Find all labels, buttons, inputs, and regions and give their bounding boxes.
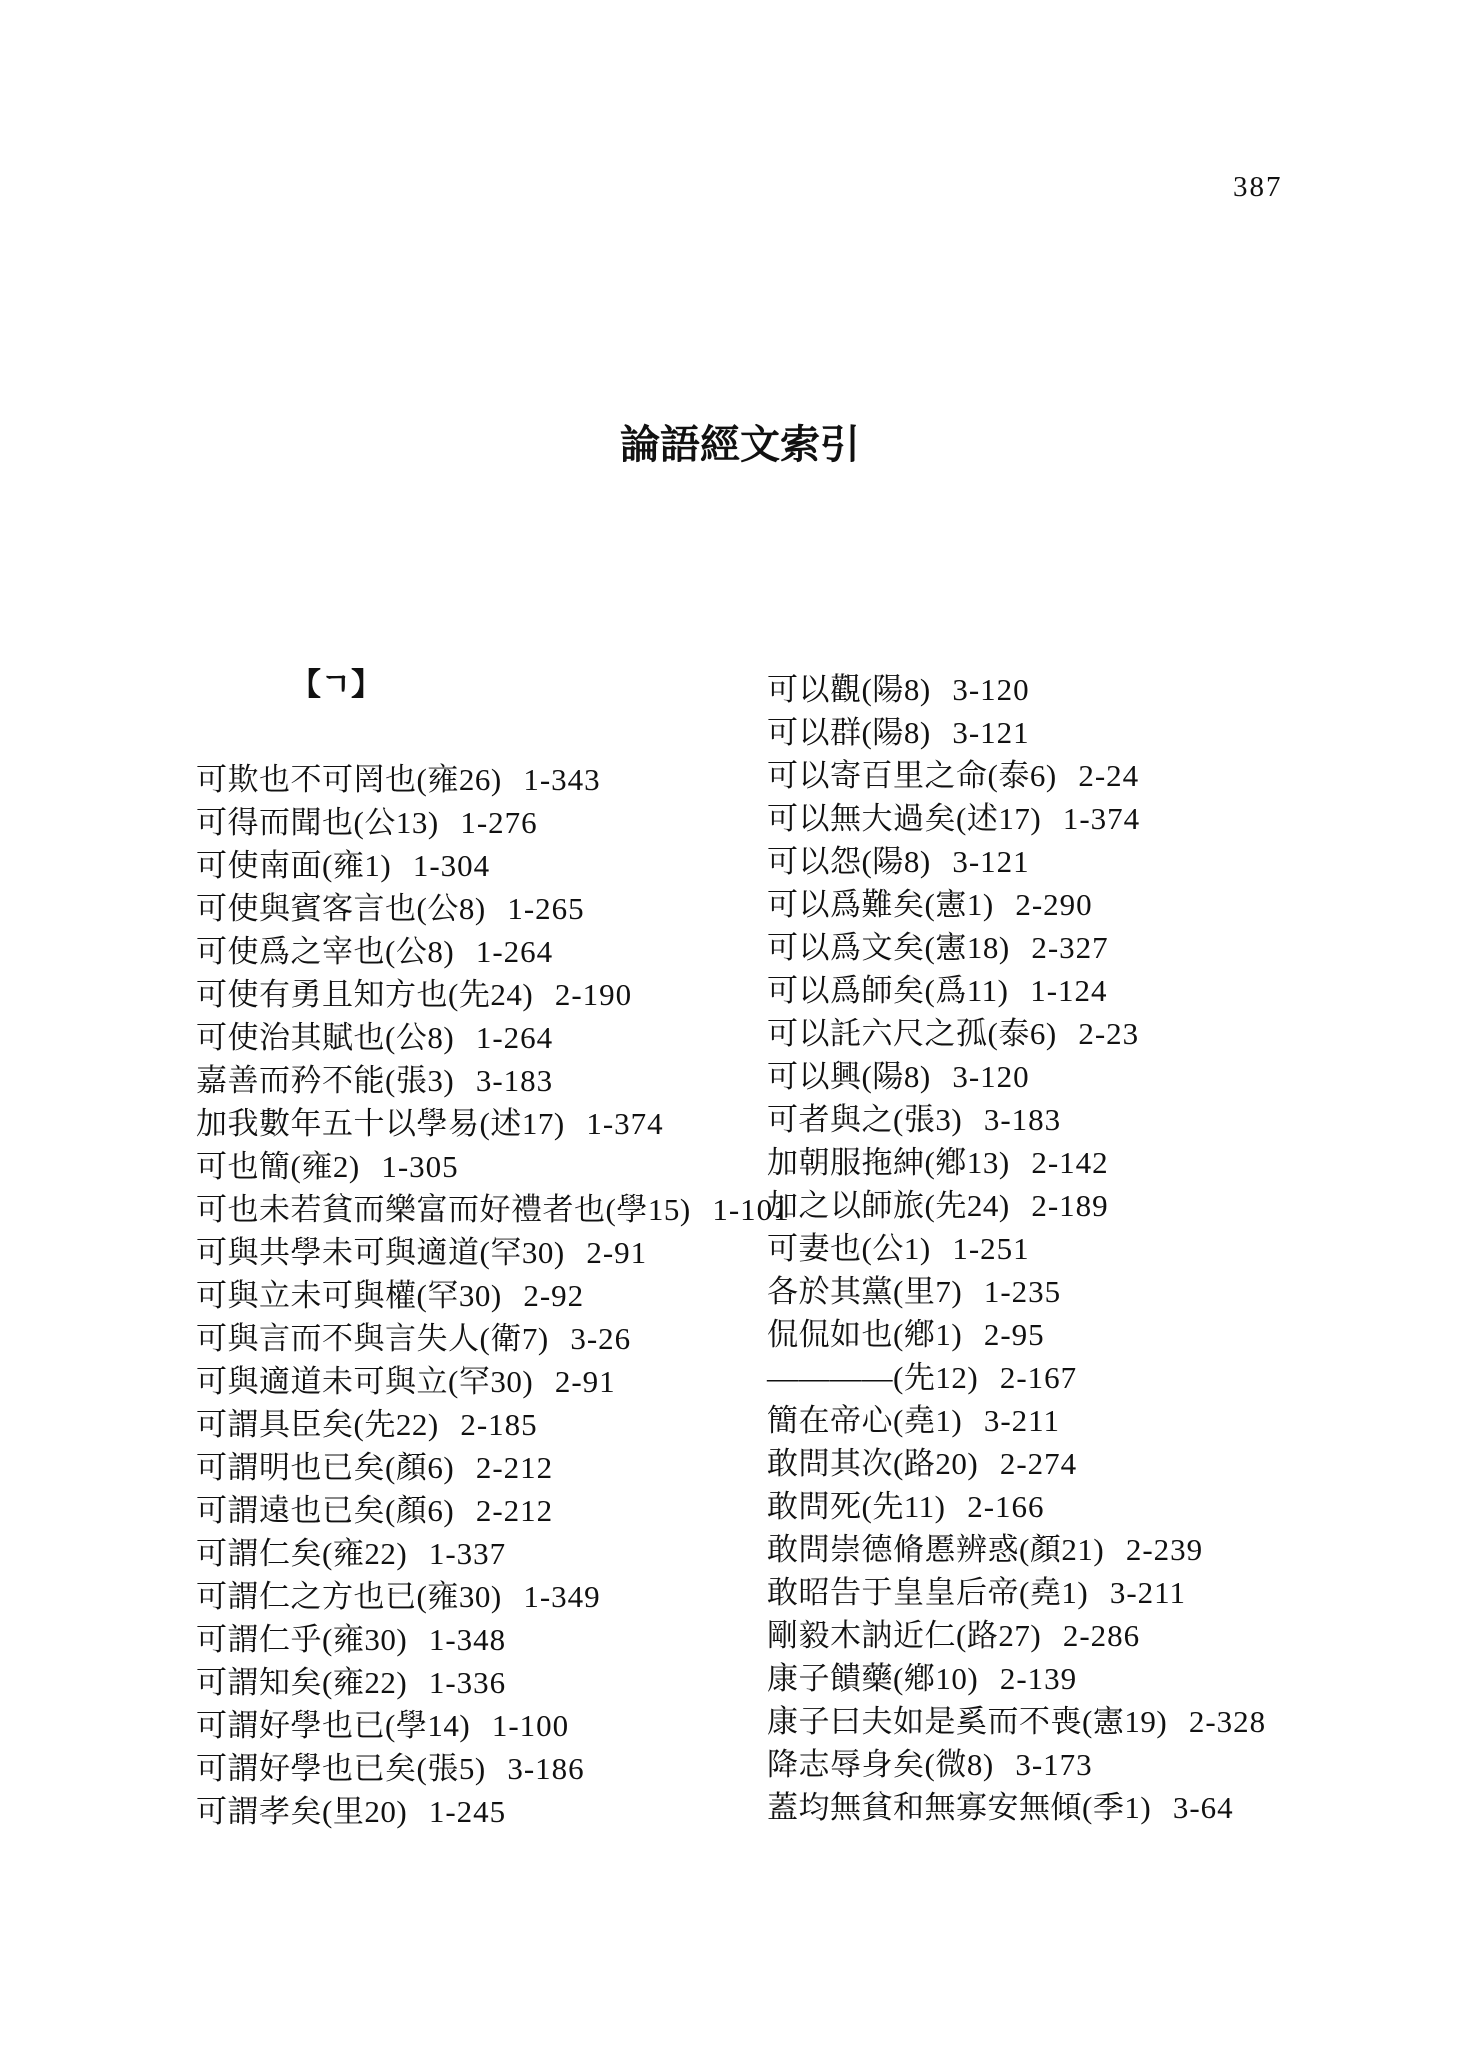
index-entry-text: 加我數年五十以學易(述17) bbox=[196, 1106, 565, 1141]
index-entry-text: 可以爲師矣(爲11) bbox=[767, 973, 1009, 1008]
index-entry-row: 嘉善而矜不能(張3)3-183 bbox=[196, 1059, 790, 1102]
index-entry-page-ref: 2-274 bbox=[1000, 1446, 1077, 1481]
index-entry-page-ref: 3-121 bbox=[952, 844, 1029, 879]
index-entry-text: 可以興(陽8) bbox=[767, 1059, 931, 1094]
index-entry-row: 可以興(陽8)3-120 bbox=[767, 1055, 1266, 1098]
index-entry-text: 敢問其次(路20) bbox=[767, 1446, 978, 1481]
index-entry-text: 可以爲文矣(憲18) bbox=[767, 930, 1010, 965]
index-entry-row: 敢問其次(路20)2-274 bbox=[767, 1442, 1266, 1485]
index-entry-page-ref: 1-305 bbox=[381, 1149, 458, 1184]
index-entry-text: 可欺也不可罔也(雍26) bbox=[196, 762, 502, 797]
index-column-left: 可欺也不可罔也(雍26)1-343 可得而聞也(公13)1-276 可使南面(雍… bbox=[196, 758, 790, 1833]
index-entry-text: 可以爲難矣(憲1) bbox=[767, 887, 994, 922]
index-entry-row: 康子饋藥(鄕10)2-139 bbox=[767, 1657, 1266, 1700]
index-entry-page-ref: 2-189 bbox=[1031, 1188, 1108, 1223]
index-entry-row: 加朝服拖紳(鄕13)2-142 bbox=[767, 1141, 1266, 1184]
index-entry-page-ref: 2-327 bbox=[1031, 930, 1108, 965]
index-entry-text: 可以寄百里之命(泰6) bbox=[767, 758, 1057, 793]
index-entry-row: 可以爲師矣(爲11)1-124 bbox=[767, 969, 1266, 1012]
index-entry-text: 可者與之(張3) bbox=[767, 1102, 962, 1137]
index-entry-page-ref: 1-348 bbox=[429, 1622, 506, 1657]
index-entry-row: 蓋均無貧和無寡安無傾(季1)3-64 bbox=[767, 1786, 1266, 1829]
index-entry-page-ref: 2-95 bbox=[984, 1317, 1045, 1352]
index-entry-page-ref: 1-304 bbox=[413, 848, 490, 883]
index-entry-text: 各於其黨(里7) bbox=[767, 1274, 962, 1309]
index-entry-page-ref: 2-91 bbox=[555, 1364, 616, 1399]
section-header-korean-giyeok: 【ㄱ】 bbox=[290, 666, 382, 703]
index-entry-page-ref: 2-139 bbox=[1000, 1661, 1077, 1696]
index-entry-row: 可謂遠也已矣(顏6)2-212 bbox=[196, 1489, 790, 1532]
index-entry-page-ref: 3-183 bbox=[476, 1063, 553, 1098]
index-entry-row: 侃侃如也(鄕1)2-95 bbox=[767, 1313, 1266, 1356]
index-entry-text: 可謂仁矣(雍22) bbox=[196, 1536, 407, 1571]
index-entry-text: 可與言而不與言失人(衛7) bbox=[196, 1321, 549, 1356]
index-entry-row: 簡在帝心(堯1)3-211 bbox=[767, 1399, 1266, 1442]
index-entry-text: 敢問死(先11) bbox=[767, 1489, 946, 1524]
index-entry-text: 嘉善而矜不能(張3) bbox=[196, 1063, 454, 1098]
index-entry-row: 可使有勇且知方也(先24)2-190 bbox=[196, 973, 790, 1016]
index-entry-row: 敢問崇德脩慝辨惑(顏21)2-239 bbox=[767, 1528, 1266, 1571]
index-entry-text: 可與適道未可與立(罕30) bbox=[196, 1364, 533, 1399]
index-entry-page-ref: 2-290 bbox=[1015, 887, 1092, 922]
index-entry-page-ref: 3-173 bbox=[1015, 1747, 1092, 1782]
index-entry-page-ref: 3-121 bbox=[952, 715, 1029, 750]
index-entry-row: 可得而聞也(公13)1-276 bbox=[196, 801, 790, 844]
index-entry-text: 可妻也(公1) bbox=[767, 1231, 931, 1266]
index-entry-text: 可謂孝矣(里20) bbox=[196, 1794, 407, 1829]
index-entry-row: 各於其黨(里7)1-235 bbox=[767, 1270, 1266, 1313]
index-entry-page-ref: 2-212 bbox=[476, 1493, 553, 1528]
index-entry-row: 降志辱身矣(微8)3-173 bbox=[767, 1743, 1266, 1786]
index-entry-row: 可謂仁之方也已(雍30)1-349 bbox=[196, 1575, 790, 1618]
index-entry-page-ref: 2-92 bbox=[523, 1278, 584, 1313]
index-entry-page-ref: 1-343 bbox=[523, 762, 600, 797]
index-entry-text: 可使與賓客言也(公8) bbox=[196, 891, 486, 926]
index-entry-text: 可以觀(陽8) bbox=[767, 672, 931, 707]
index-entry-row: 可與適道未可與立(罕30)2-91 bbox=[196, 1360, 790, 1403]
index-entry-row: 可以怨(陽8)3-121 bbox=[767, 840, 1266, 883]
index-entry-text: 可與立未可與權(罕30) bbox=[196, 1278, 502, 1313]
index-entry-row: 加之以師旅(先24)2-189 bbox=[767, 1184, 1266, 1227]
index-entry-text: 降志辱身矣(微8) bbox=[767, 1747, 994, 1782]
index-entry-text: 可以無大過矣(述17) bbox=[767, 801, 1041, 836]
index-entry-row: 敢昭告于皇皇后帝(堯1)3-211 bbox=[767, 1571, 1266, 1614]
index-entry-page-ref: 2-91 bbox=[586, 1235, 647, 1270]
index-entry-page-ref: 2-286 bbox=[1063, 1618, 1140, 1653]
index-entry-page-ref: 2-24 bbox=[1078, 758, 1139, 793]
index-entry-row: 剛毅木訥近仁(路27)2-286 bbox=[767, 1614, 1266, 1657]
index-entry-text: 加之以師旅(先24) bbox=[767, 1188, 1010, 1223]
index-entry-page-ref: 3-120 bbox=[952, 1059, 1029, 1094]
index-entry-text: 蓋均無貧和無寡安無傾(季1) bbox=[767, 1790, 1151, 1825]
index-entry-text: 可謂仁之方也已(雍30) bbox=[196, 1579, 502, 1614]
index-entry-page-ref: 2-190 bbox=[555, 977, 632, 1012]
index-column-right: 可以觀(陽8)3-120 可以群(陽8)3-121 可以寄百里之命(泰6)2-2… bbox=[767, 668, 1266, 1829]
index-entry-page-ref: 1-235 bbox=[984, 1274, 1061, 1309]
index-entry-page-ref: 3-26 bbox=[570, 1321, 631, 1356]
index-entry-page-ref: 1-374 bbox=[586, 1106, 663, 1141]
index-entry-text: 可謂明也已矣(顏6) bbox=[196, 1450, 454, 1485]
index-entry-text: 可謂好學也已矣(張5) bbox=[196, 1751, 486, 1786]
index-entry-page-ref: 3-64 bbox=[1173, 1790, 1234, 1825]
index-entry-page-ref: 2-166 bbox=[967, 1489, 1044, 1524]
index-entry-text: 可使治其賦也(公8) bbox=[196, 1020, 454, 1055]
index-entry-text: 康子饋藥(鄕10) bbox=[767, 1661, 978, 1696]
index-entry-text: 康子曰夫如是奚而不喪(憲19) bbox=[767, 1704, 1167, 1739]
index-entry-page-ref: 1-336 bbox=[429, 1665, 506, 1700]
index-entry-text: 可使南面(雍1) bbox=[196, 848, 391, 883]
index-entry-page-ref: 1-264 bbox=[476, 1020, 553, 1055]
index-entry-text: 可以怨(陽8) bbox=[767, 844, 931, 879]
index-entry-row: 可以無大過矣(述17)1-374 bbox=[767, 797, 1266, 840]
index-entry-text: ————(先12) bbox=[767, 1360, 978, 1395]
index-entry-row: 可使爲之宰也(公8)1-264 bbox=[196, 930, 790, 973]
index-entry-page-ref: 1-245 bbox=[429, 1794, 506, 1829]
index-entry-row: 可謂明也已矣(顏6)2-212 bbox=[196, 1446, 790, 1489]
index-entry-row: 可謂具臣矣(先22)2-185 bbox=[196, 1403, 790, 1446]
index-entry-page-ref: 3-186 bbox=[507, 1751, 584, 1786]
index-entry-page-ref: 3-211 bbox=[984, 1403, 1060, 1438]
index-entry-page-ref: 2-142 bbox=[1031, 1145, 1108, 1180]
index-entry-page-ref: 2-328 bbox=[1189, 1704, 1266, 1739]
index-entry-text: 可謂遠也已矣(顏6) bbox=[196, 1493, 454, 1528]
index-entry-text: 侃侃如也(鄕1) bbox=[767, 1317, 962, 1352]
index-entry-page-ref: 1-276 bbox=[460, 805, 537, 840]
index-entry-page-ref: 2-167 bbox=[1000, 1360, 1077, 1395]
index-entry-row: 可以觀(陽8)3-120 bbox=[767, 668, 1266, 711]
index-entry-text: 敢昭告于皇皇后帝(堯1) bbox=[767, 1575, 1088, 1610]
index-entry-text: 可謂仁乎(雍30) bbox=[196, 1622, 407, 1657]
index-entry-page-ref: 2-239 bbox=[1126, 1532, 1203, 1567]
index-entry-page-ref: 1-337 bbox=[429, 1536, 506, 1571]
index-entry-row: 可謂仁矣(雍22)1-337 bbox=[196, 1532, 790, 1575]
index-entry-row: 可謂好學也已(學14)1-100 bbox=[196, 1704, 790, 1747]
index-entry-text: 可也簡(雍2) bbox=[196, 1149, 360, 1184]
index-entry-page-ref: 3-183 bbox=[984, 1102, 1061, 1137]
index-entry-page-ref: 3-211 bbox=[1110, 1575, 1186, 1610]
index-entry-page-ref: 1-374 bbox=[1063, 801, 1140, 836]
index-entry-row: 可謂仁乎(雍30)1-348 bbox=[196, 1618, 790, 1661]
index-entry-page-ref: 1-124 bbox=[1030, 973, 1107, 1008]
index-entry-row: 可欺也不可罔也(雍26)1-343 bbox=[196, 758, 790, 801]
index-entry-text: 可也未若貧而樂富而好禮者也(學15) bbox=[196, 1192, 691, 1227]
index-entry-row: 可以群(陽8)3-121 bbox=[767, 711, 1266, 754]
index-entry-text: 簡在帝心(堯1) bbox=[767, 1403, 962, 1438]
index-entry-text: 可使爲之宰也(公8) bbox=[196, 934, 454, 969]
index-entry-page-ref: 2-212 bbox=[476, 1450, 553, 1485]
index-entry-text: 可謂知矣(雍22) bbox=[196, 1665, 407, 1700]
index-entry-page-ref: 1-100 bbox=[492, 1708, 569, 1743]
index-entry-row: 可與立未可與權(罕30)2-92 bbox=[196, 1274, 790, 1317]
index-entry-row: 加我數年五十以學易(述17)1-374 bbox=[196, 1102, 790, 1145]
index-entry-row: 可者與之(張3)3-183 bbox=[767, 1098, 1266, 1141]
index-entry-text: 可謂好學也已(學14) bbox=[196, 1708, 470, 1743]
index-entry-text: 可以群(陽8) bbox=[767, 715, 931, 750]
index-entry-text: 可與共學未可與適道(罕30) bbox=[196, 1235, 565, 1270]
scanned-book-page: 387 論語經文索引 【ㄱ】 可欺也不可罔也(雍26)1-343 可得而聞也(公… bbox=[0, 0, 1480, 2048]
index-entry-row: 可也簡(雍2)1-305 bbox=[196, 1145, 790, 1188]
index-entry-row: 可使與賓客言也(公8)1-265 bbox=[196, 887, 790, 930]
index-entry-row: 可以寄百里之命(泰6)2-24 bbox=[767, 754, 1266, 797]
index-entry-text: 敢問崇德脩慝辨惑(顏21) bbox=[767, 1532, 1104, 1567]
page-title: 論語經文索引 bbox=[0, 421, 1480, 469]
index-entry-row: 可使南面(雍1)1-304 bbox=[196, 844, 790, 887]
index-entry-row: 康子曰夫如是奚而不喪(憲19)2-328 bbox=[767, 1700, 1266, 1743]
index-entry-row: 可以爲難矣(憲1)2-290 bbox=[767, 883, 1266, 926]
index-entry-row: ————(先12)2-167 bbox=[767, 1356, 1266, 1399]
index-entry-page-ref: 1-264 bbox=[476, 934, 553, 969]
index-entry-row: 可謂好學也已矣(張5)3-186 bbox=[196, 1747, 790, 1790]
index-entry-row: 可與共學未可與適道(罕30)2-91 bbox=[196, 1231, 790, 1274]
index-entry-page-ref: 3-120 bbox=[952, 672, 1029, 707]
index-entry-page-ref: 2-23 bbox=[1078, 1016, 1139, 1051]
index-entry-text: 加朝服拖紳(鄕13) bbox=[767, 1145, 1010, 1180]
index-entry-text: 可使有勇且知方也(先24) bbox=[196, 977, 533, 1012]
index-entry-page-ref: 1-265 bbox=[507, 891, 584, 926]
index-entry-page-ref: 1-349 bbox=[523, 1579, 600, 1614]
index-entry-row: 可也未若貧而樂富而好禮者也(學15)1-101 bbox=[196, 1188, 790, 1231]
index-entry-text: 可以託六尺之孤(泰6) bbox=[767, 1016, 1057, 1051]
index-entry-row: 可與言而不與言失人(衛7)3-26 bbox=[196, 1317, 790, 1360]
index-entry-page-ref: 1-251 bbox=[952, 1231, 1029, 1266]
index-entry-row: 可以爲文矣(憲18)2-327 bbox=[767, 926, 1266, 969]
index-entry-text: 可得而聞也(公13) bbox=[196, 805, 439, 840]
index-entry-text: 剛毅木訥近仁(路27) bbox=[767, 1618, 1041, 1653]
index-entry-text: 可謂具臣矣(先22) bbox=[196, 1407, 439, 1442]
index-entry-row: 可謂孝矣(里20)1-245 bbox=[196, 1790, 790, 1833]
page-number: 387 bbox=[1233, 172, 1283, 204]
index-entry-row: 可謂知矣(雍22)1-336 bbox=[196, 1661, 790, 1704]
index-entry-row: 可妻也(公1)1-251 bbox=[767, 1227, 1266, 1270]
index-entry-page-ref: 2-185 bbox=[460, 1407, 537, 1442]
index-entry-row: 可以託六尺之孤(泰6)2-23 bbox=[767, 1012, 1266, 1055]
index-entry-row: 敢問死(先11)2-166 bbox=[767, 1485, 1266, 1528]
index-entry-row: 可使治其賦也(公8)1-264 bbox=[196, 1016, 790, 1059]
